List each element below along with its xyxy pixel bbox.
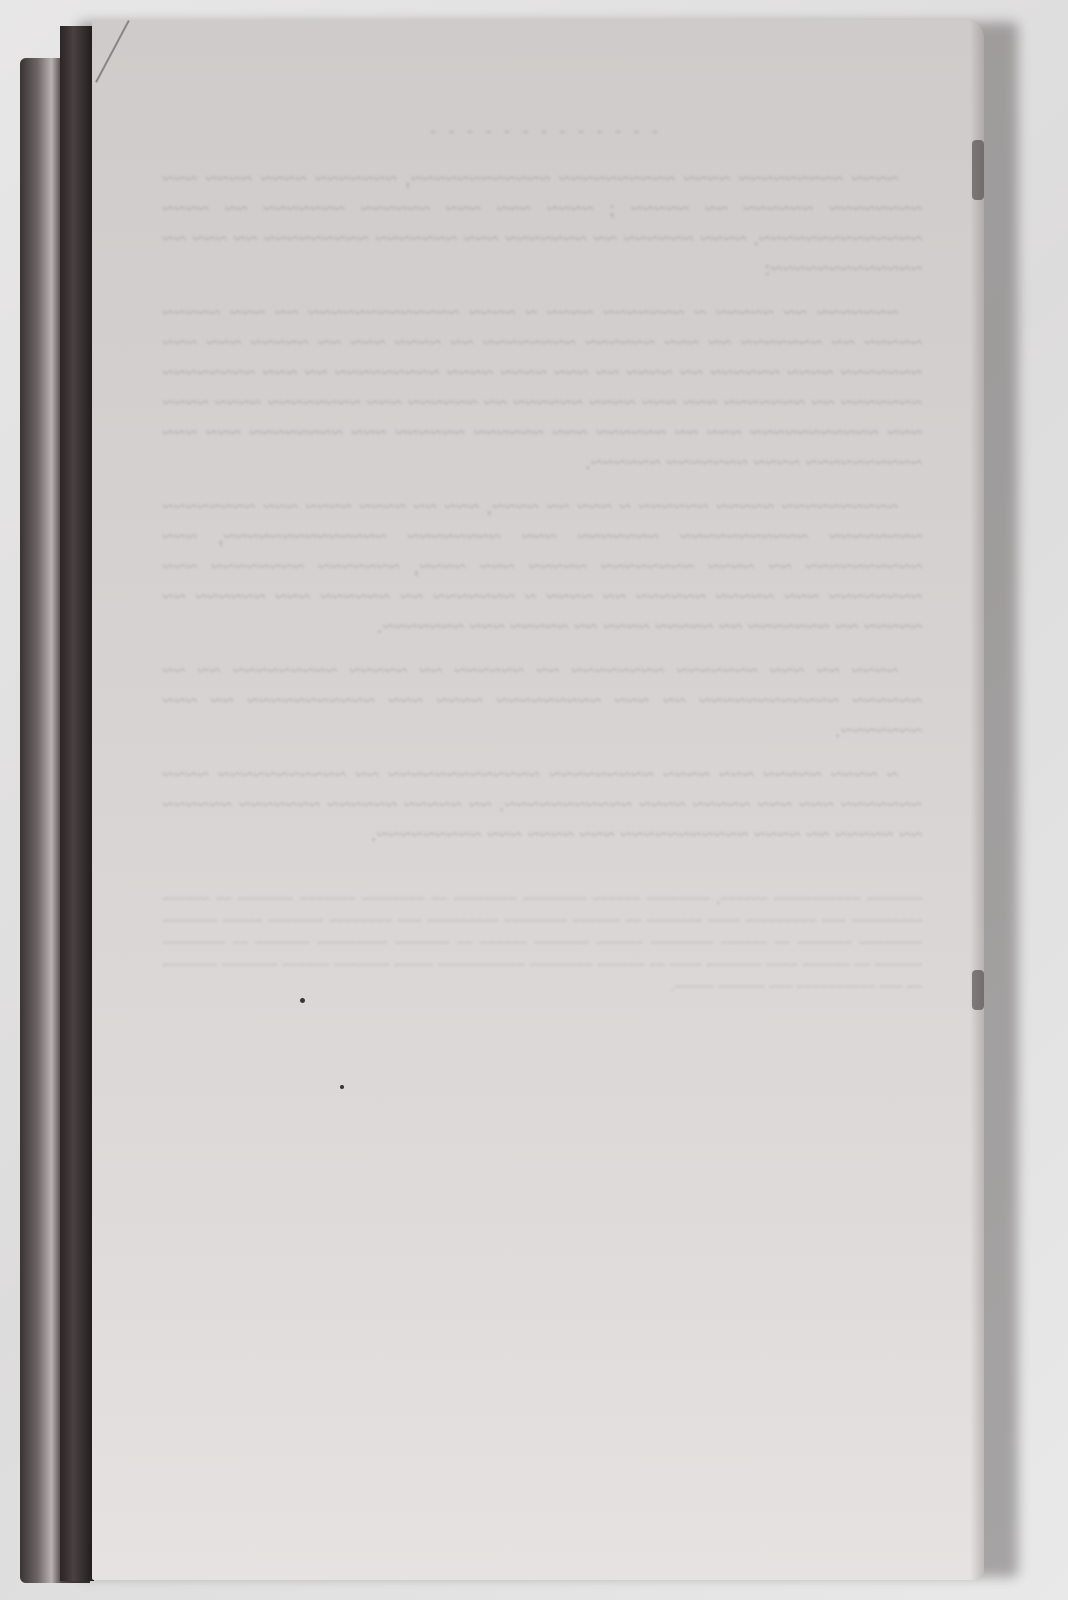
bleed-paragraph: ~~~~~~~~~~ ~~~~~ ~~~~~~ ~ ~~~ ~~ ~~~~, ~… bbox=[162, 491, 922, 641]
book-binding bbox=[60, 26, 94, 1581]
bleed-running-header: - - - - - - - - - - - - - bbox=[162, 115, 922, 145]
page-edge-tear bbox=[972, 140, 984, 200]
corner-crease bbox=[95, 20, 130, 83]
bleed-footnotes: ~~~~~~~ ~~~~~~~~~~~ ~~~~~~, ~~~~~~~~ ~~~… bbox=[162, 889, 922, 999]
bleed-paragraph: ~~~~ ~~ ~~~ ~~~~~~~ ~~~~~~~~ ~~ ~~~~~~ ~… bbox=[162, 655, 922, 745]
bleed-paragraph: ~ ~~~~ ~~~~~ ~~~ ~~~~ ~~~~~~~~~ ~~~~~~~~… bbox=[162, 759, 922, 849]
book-page: - - - - - - - - - - - - - ~~~~ ~~~~~~~~~… bbox=[92, 20, 984, 1580]
speck bbox=[340, 1085, 344, 1089]
bleed-paragraph: ~~~~~~~ ~~ ~~~~~ ~ ~~~~~~~ ~~~~ ~ ~~~~ ~… bbox=[162, 297, 922, 477]
speck bbox=[300, 998, 305, 1003]
bleed-through-text: - - - - - - - - - - - - - ~~~~ ~~~~~~~~~… bbox=[162, 115, 922, 999]
page-edge-tear bbox=[972, 970, 984, 1010]
bleed-paragraph: ~~~~ ~~~~~~~~~ ~~~~ ~~~~~~~~~~ ~~~~~~~~~… bbox=[162, 163, 922, 283]
